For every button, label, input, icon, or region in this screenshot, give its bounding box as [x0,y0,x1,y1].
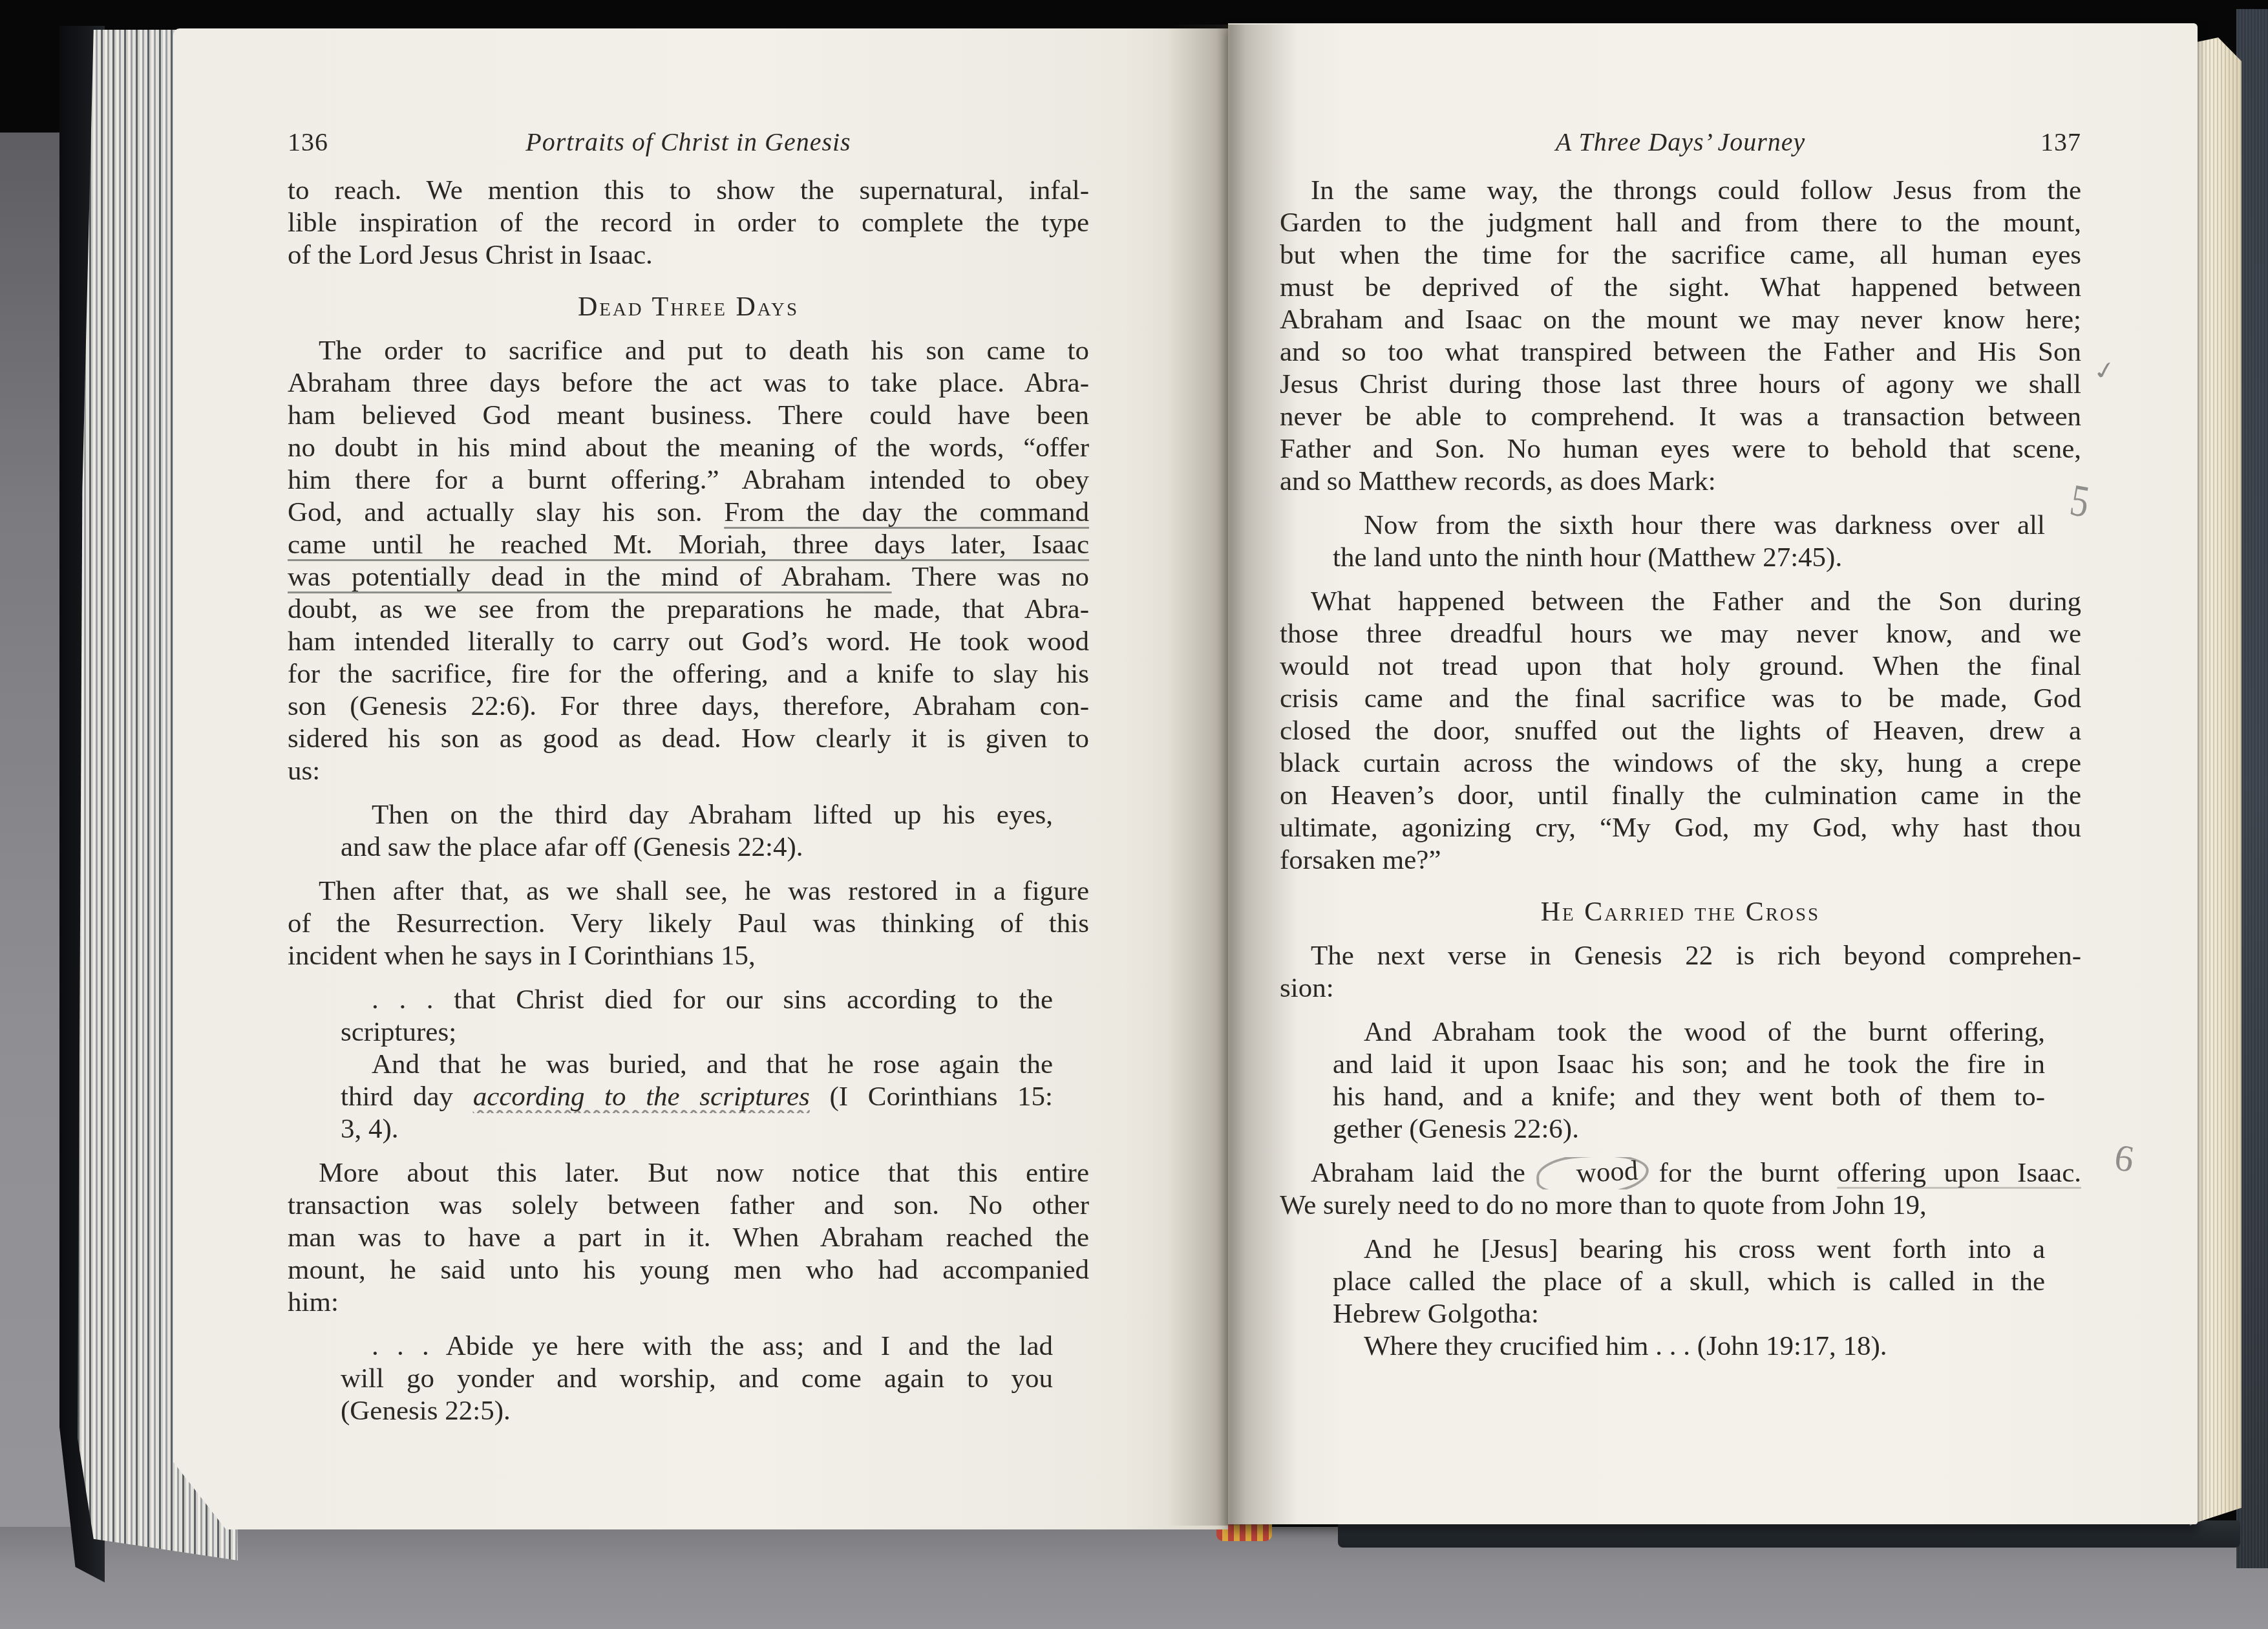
text-line: In the same way, the throngs could follo… [1280,175,2081,207]
text-line: 3, 4). [341,1113,1053,1145]
text-line: forsaken me?” [1280,844,2081,877]
running-head-left: 136 Portraits of Christ in Genesis [288,125,1089,159]
block-quote: And he [Jesus] bearing his cross went fo… [1333,1233,2045,1363]
text-line: What happened between the Father and the… [1280,586,2081,618]
text-line: of the Resurrection. Very likely Paul wa… [288,908,1089,940]
block-quote: Then on the third day Abraham lifted up … [341,799,1053,864]
pencil-numeral-6-mark: 6 [2112,1135,2137,1181]
text-line: Garden to the judgment hall and from the… [1280,207,2081,239]
text-line: mount, he said unto his young men who ha… [288,1254,1089,1286]
text-line: scriptures; [341,1016,1053,1049]
text-line: More about this later. But now notice th… [288,1157,1089,1189]
text-line: Father and Son. No human eyes were to be… [1280,433,2081,465]
text-line: will go yonder and worship, and come aga… [341,1363,1053,1395]
text-line: Abraham and Isaac on the mount we may ne… [1280,304,2081,336]
text-line: Dead Three Days [288,291,1089,323]
left-page: 136 Portraits of Christ in Genesis to re… [173,28,1228,1529]
text-line: of the Lord Jesus Christ in Isaac. [288,239,1089,271]
text-line: ham believed God meant business. There c… [288,399,1089,432]
text-line: those three dreadful hours we may never … [1280,618,2081,650]
text-line: us: [288,755,1089,787]
text-line: . . . that Christ died for our sins acco… [341,984,1053,1016]
text-line: transaction was solely between father an… [288,1189,1089,1222]
right-page: A Three Days’ Journey 137 In the same wa… [1228,23,2198,1524]
paragraph: In the same way, the throngs could follo… [1280,175,2081,498]
text-line: sidered his son as good as dead. How cle… [288,723,1089,755]
running-head-right: A Three Days’ Journey 137 [1280,125,2081,159]
page-number-right: 137 [2040,125,2081,159]
text-line: him: [288,1286,1089,1319]
text-line: never be able to comprehend. It was a tr… [1280,401,2081,433]
text-line: Hebrew Golgotha: [1333,1298,2045,1330]
text-line: Then after that, as we shall see, he was… [288,875,1089,908]
text-line: to reach. We mention this to show the su… [288,175,1089,207]
text-line: He Carried the Cross [1280,896,2081,928]
paragraph: What happened between the Father and the… [1280,586,2081,877]
text-line: and saw the place afar off (Genesis 22:4… [341,831,1053,864]
text-line: no doubt in his mind about the meaning o… [288,432,1089,464]
paragraph: to reach. We mention this to show the su… [288,175,1089,271]
running-title-right: A Three Days’ Journey [1280,125,2081,159]
text-line: Where they crucified him . . . (John 19:… [1333,1330,2045,1363]
page-number-left: 136 [288,125,328,159]
text-line: place called the place of a skull, which… [1333,1266,2045,1298]
text-line: Abraham laid the wood for the burnt offe… [1280,1157,2081,1189]
text-line: Then on the third day Abraham lifted up … [341,799,1053,831]
text-line: The next verse in Genesis 22 is rich bey… [1280,940,2081,972]
paragraph: Then after that, as we shall see, he was… [288,875,1089,972]
block-quote: . . . that Christ died for our sins acco… [341,984,1053,1145]
text-line: And that he was buried, and that he rose… [341,1049,1053,1081]
scanned-book-spread: { "document": { "kind": "open hardcover … [0,0,2268,1629]
text-line: the land unto the ninth hour (Matthew 27… [1333,542,2045,574]
left-page-text: to reach. We mention this to show the su… [288,175,1089,1427]
text-line: The order to sacrifice and put to death … [288,335,1089,367]
text-line: crisis came and the final sacrifice was … [1280,683,2081,715]
text-line: came until he reached Mt. Moriah, three … [288,529,1089,561]
text-line: gether (Genesis 22:6). [1333,1113,2045,1145]
section-heading: Dead Three Days [288,291,1089,323]
text-line: . . . Abide ye here with the ass; and I … [341,1330,1053,1363]
text-line: sion: [1280,972,2081,1005]
text-line: would not tread upon that holy ground. W… [1280,650,2081,683]
paragraph: The next verse in Genesis 22 is rich bey… [1280,940,2081,1005]
text-line: Abraham three days before the act was to… [288,367,1089,399]
text-line: son (Genesis 22:6). For three days, ther… [288,690,1089,723]
text-line: lible inspiration of the record in order… [288,207,1089,239]
text-line: We surely need to do no more than to quo… [1280,1189,2081,1222]
text-line: incident when he says in I Corinthians 1… [288,940,1089,972]
block-quote: And Abraham took the wood of the burnt o… [1333,1016,2045,1145]
text-line: and so Matthew records, as does Mark: [1280,465,2081,498]
text-line: on Heaven’s door, until finally the culm… [1280,780,2081,812]
text-line: God, and actually slay his son. From the… [288,496,1089,529]
right-page-text: In the same way, the throngs could follo… [1280,175,2081,1363]
text-line: black curtain across the windows of the … [1280,747,2081,780]
text-line: Jesus Christ during those last three hou… [1280,368,2081,401]
text-line: was potentially dead in the mind of Abra… [288,561,1089,593]
block-quote: Now from the sixth hour there was darkne… [1333,509,2045,574]
text-line: ham intended literally to carry out God’… [288,626,1089,658]
block-quote: . . . Abide ye here with the ass; and I … [341,1330,1053,1427]
paragraph: Abraham laid the wood for the burnt offe… [1280,1157,2081,1222]
text-line: and laid it upon Isaac his son; and he t… [1333,1049,2045,1081]
paragraph: More about this later. But now notice th… [288,1157,1089,1319]
text-line: and so too what transpired between the F… [1280,336,2081,368]
pencil-checkmark: ✓ [2090,355,2120,387]
text-line: but when the time for the sacrifice came… [1280,239,2081,271]
book-cover-bottom-edge [1338,1520,2240,1548]
text-line: third day according to the scriptures (I… [341,1081,1053,1113]
section-heading: He Carried the Cross [1280,896,2081,928]
text-line: him there for a burnt offering.” Abraham… [288,464,1089,496]
text-line: doubt, as we see from the preparations h… [288,593,1089,626]
text-line: Now from the sixth hour there was darkne… [1333,509,2045,542]
text-line: for the sacrifice, fire for the offering… [288,658,1089,690]
text-line: And he [Jesus] bearing his cross went fo… [1333,1233,2045,1266]
text-line: ultimate, agonizing cry, “My God, my God… [1280,812,2081,844]
text-line: his hand, and a knife; and they went bot… [1333,1081,2045,1113]
text-line: closed the door, snuffed out the lights … [1280,715,2081,747]
text-line: man was to have a part in it. When Abrah… [288,1222,1089,1254]
text-line: And Abraham took the wood of the burnt o… [1333,1016,2045,1049]
text-line: (Genesis 22:5). [341,1395,1053,1427]
paragraph: The order to sacrifice and put to death … [288,335,1089,787]
running-title-left: Portraits of Christ in Genesis [288,125,1089,159]
text-line: must be deprived of the sight. What happ… [1280,271,2081,304]
right-page-edge-stack [2190,37,2242,1526]
